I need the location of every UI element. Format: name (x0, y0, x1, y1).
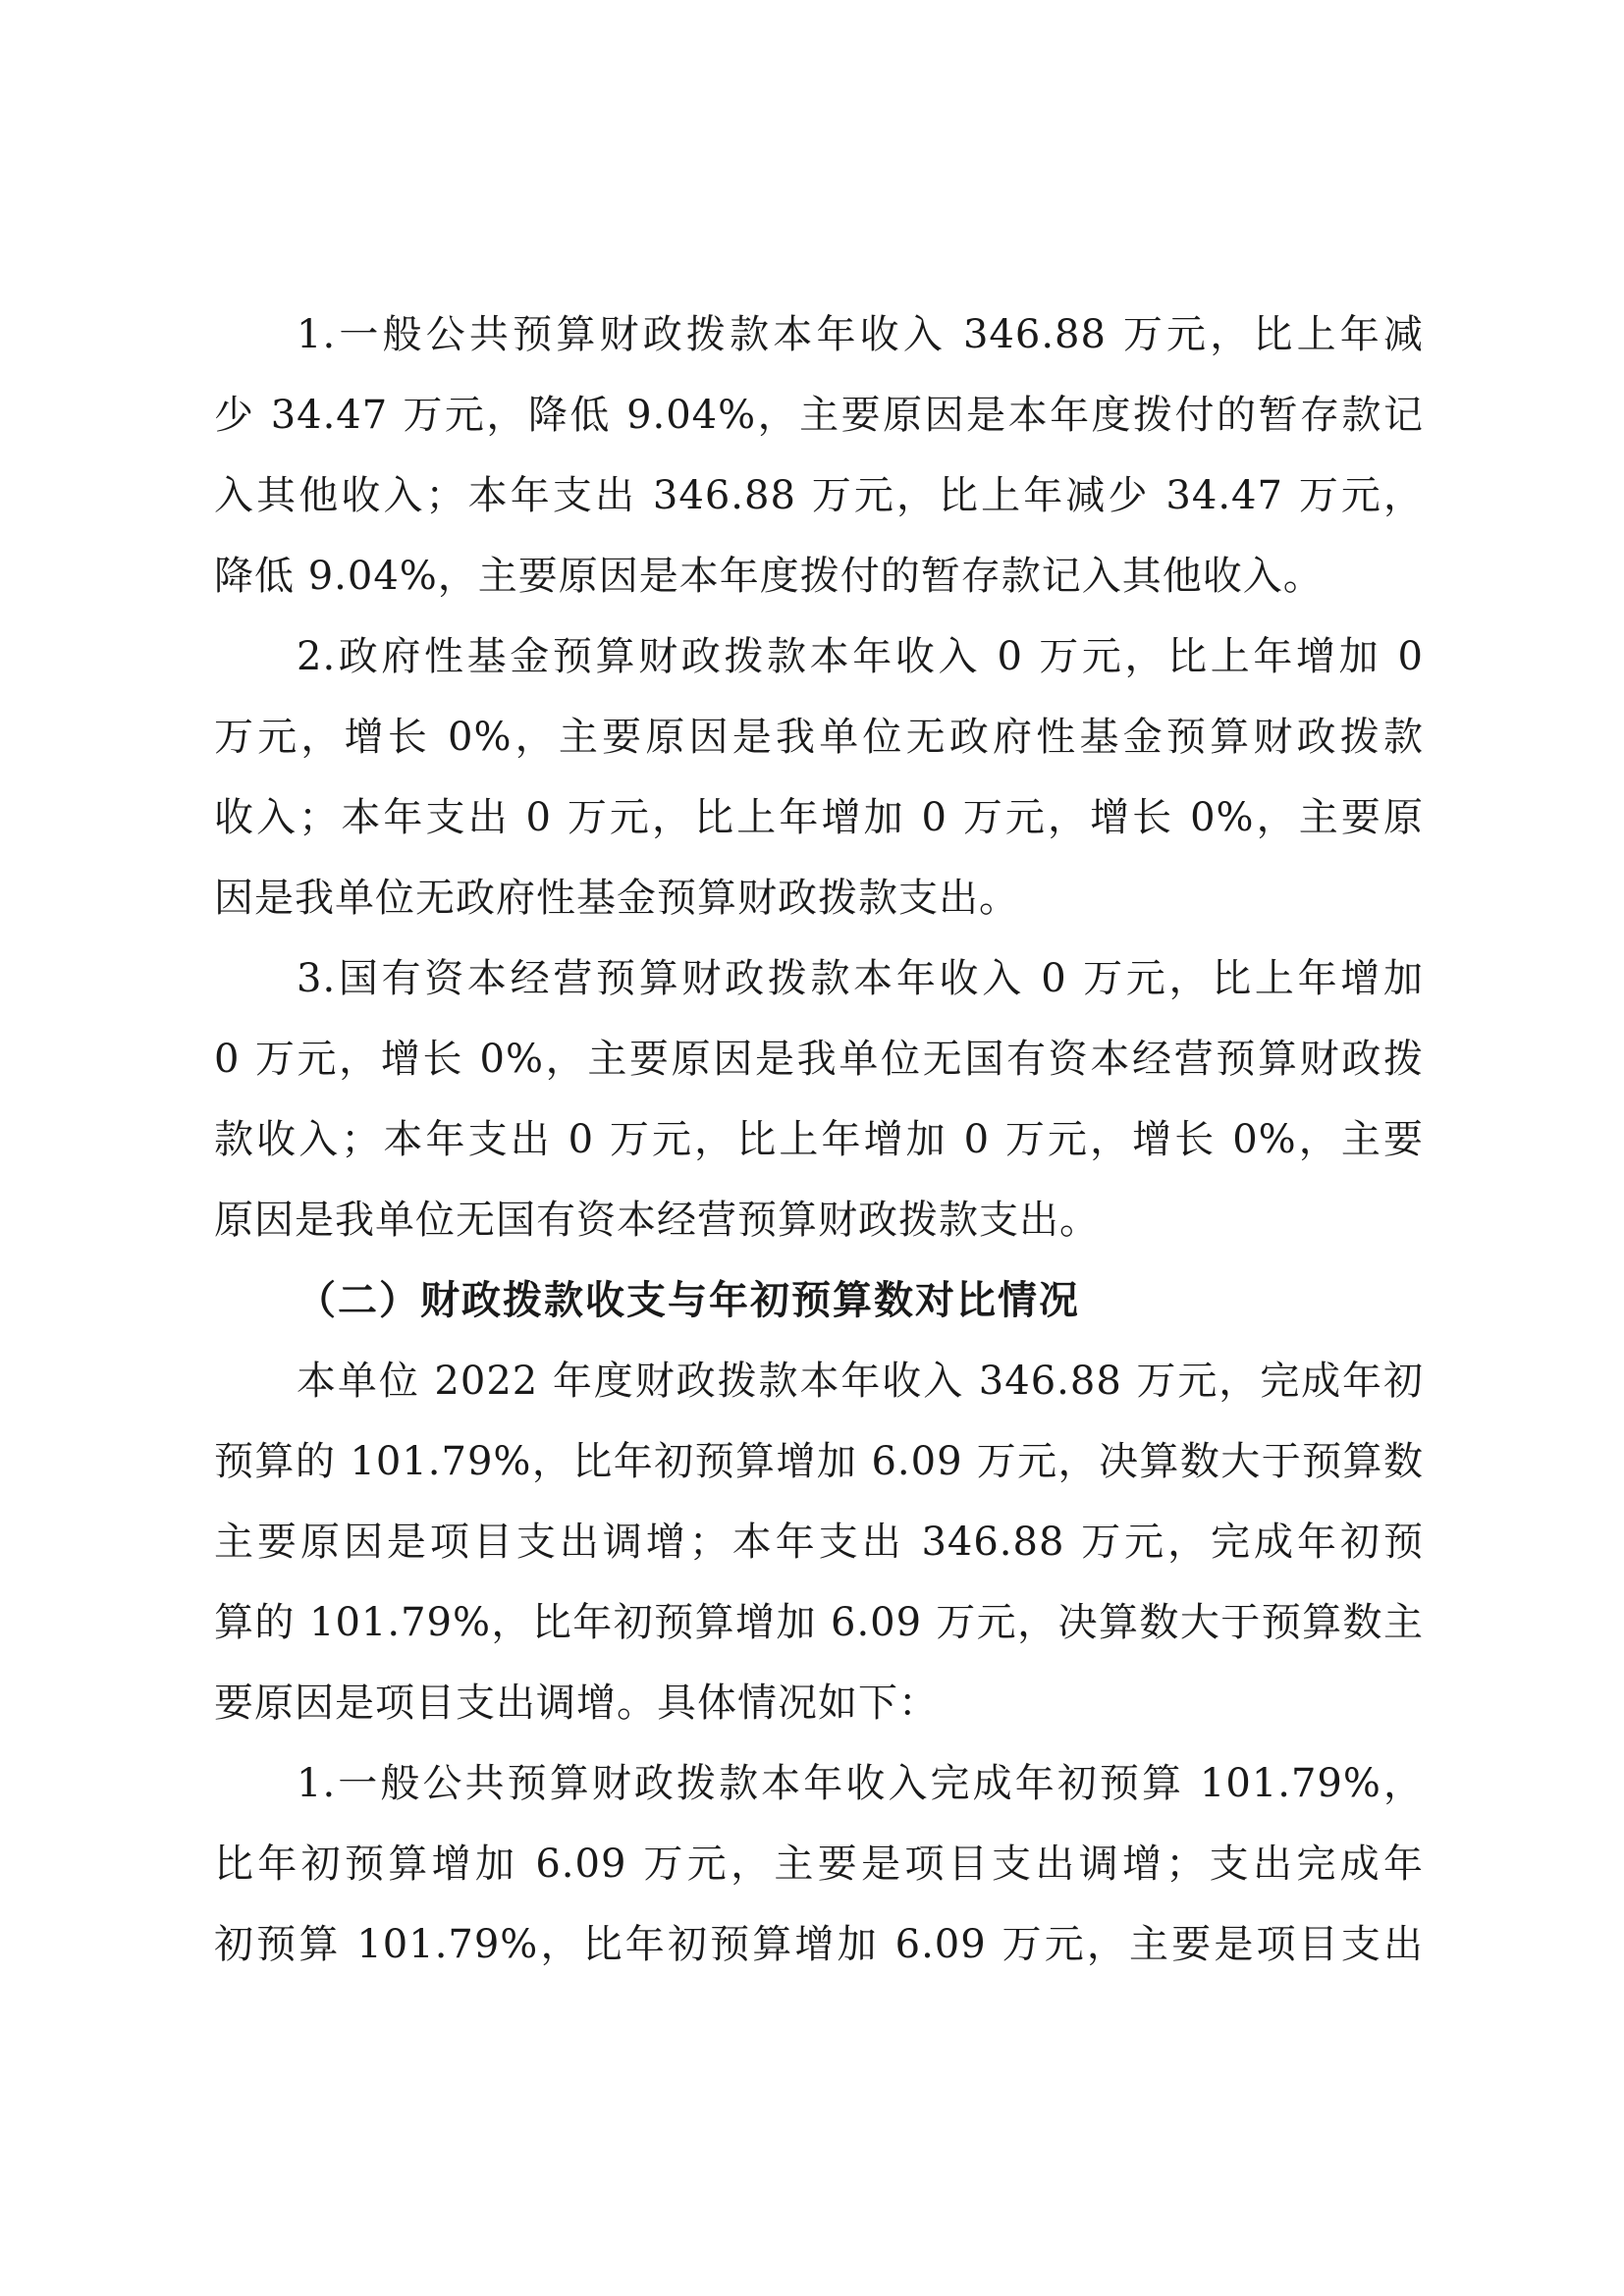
text-line: 因是我单位无政府性基金预算财政拨款支出。 (214, 858, 1424, 938)
document-page: 1.一般公共预算财政拨款本年收入 346.88 万元，比上年减 少 34.47 … (214, 294, 1424, 1985)
text-line: 1.一般公共预算财政拨款本年收入完成年初预算 101.79%， (214, 1743, 1424, 1824)
text-line: 款收入；本年支出 0 万元，比上年增加 0 万元，增长 0%，主要 (214, 1099, 1424, 1180)
section-heading: （二）财政拨款收支与年初预算数对比情况 (214, 1260, 1424, 1341)
paragraph-general-budget-comparison: 1.一般公共预算财政拨款本年收入完成年初预算 101.79%， 比年初预算增加 … (214, 1743, 1424, 1985)
text-line: 本单位 2022 年度财政拨款本年收入 346.88 万元，完成年初 (214, 1341, 1424, 1421)
text-line: 主要原因是项目支出调增；本年支出 346.88 万元，完成年初预 (214, 1502, 1424, 1582)
text-line: 初预算 101.79%，比年初预算增加 6.09 万元，主要是项目支出 (214, 1904, 1424, 1985)
text-line: 收入；本年支出 0 万元，比上年增加 0 万元，增长 0%，主要原 (214, 777, 1424, 858)
text-line: 比年初预算增加 6.09 万元，主要是项目支出调增；支出完成年 (214, 1824, 1424, 1904)
paragraph-general-budget: 1.一般公共预算财政拨款本年收入 346.88 万元，比上年减 少 34.47 … (214, 294, 1424, 616)
text-line: 2.政府性基金预算财政拨款本年收入 0 万元，比上年增加 0 (214, 616, 1424, 697)
text-line: 原因是我单位无国有资本经营预算财政拨款支出。 (214, 1180, 1424, 1260)
text-line: 0 万元，增长 0%，主要原因是我单位无国有资本经营预算财政拨 (214, 1019, 1424, 1099)
text-line: 入其他收入；本年支出 346.88 万元，比上年减少 34.47 万元， (214, 455, 1424, 536)
paragraph-state-capital: 3.国有资本经营预算财政拨款本年收入 0 万元，比上年增加 0 万元，增长 0%… (214, 938, 1424, 1260)
text-line: 少 34.47 万元，降低 9.04%，主要原因是本年度拨付的暂存款记 (214, 375, 1424, 455)
text-line: 1.一般公共预算财政拨款本年收入 346.88 万元，比上年减 (214, 294, 1424, 375)
text-line: 要原因是项目支出调增。具体情况如下： (214, 1663, 1424, 1743)
text-line: 算的 101.79%，比年初预算增加 6.09 万元，决算数大于预算数主 (214, 1582, 1424, 1663)
text-line: 预算的 101.79%，比年初预算增加 6.09 万元，决算数大于预算数 (214, 1421, 1424, 1502)
paragraph-government-fund: 2.政府性基金预算财政拨款本年收入 0 万元，比上年增加 0 万元，增长 0%，… (214, 616, 1424, 938)
text-line: 万元，增长 0%，主要原因是我单位无政府性基金预算财政拨款 (214, 697, 1424, 777)
text-line: 降低 9.04%，主要原因是本年度拨付的暂存款记入其他收入。 (214, 536, 1424, 616)
paragraph-budget-comparison: 本单位 2022 年度财政拨款本年收入 346.88 万元，完成年初 预算的 1… (214, 1341, 1424, 1743)
text-line: 3.国有资本经营预算财政拨款本年收入 0 万元，比上年增加 (214, 938, 1424, 1019)
